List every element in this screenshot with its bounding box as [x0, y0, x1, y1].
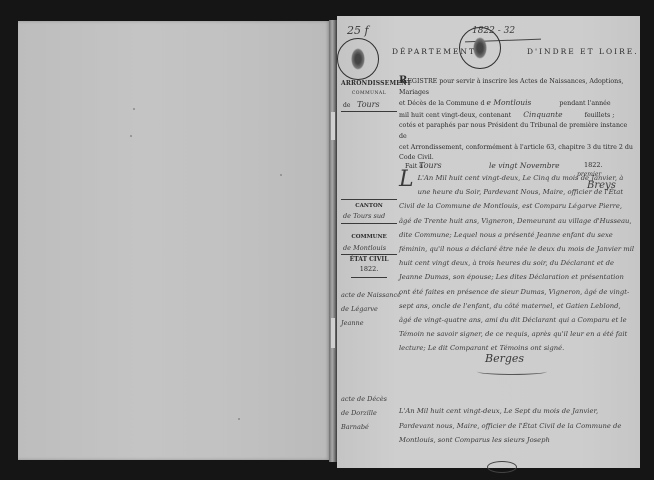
- act1-text: LL'An Mil huit cent vingt-deux, Le Cinq …: [399, 171, 635, 356]
- departement-label: DÉPARTEMENT: [392, 47, 476, 56]
- canton-value: de Tours sud: [343, 212, 385, 220]
- fait-place: Tours: [419, 161, 442, 170]
- seal-stamp-icon: [337, 38, 379, 80]
- register-preamble: REGISTRE pour servir à inscrire les Acte…: [399, 76, 635, 164]
- margin-rule: [341, 199, 397, 200]
- preamble-line: feuillets ;: [585, 112, 615, 119]
- act2-text: L'An Mil huit cent vingt-deux, Le Sept d…: [399, 404, 635, 448]
- communal-label: COMMUNAL: [341, 91, 397, 96]
- margin-note-line: de Légarve: [341, 305, 378, 313]
- signature-flourish: [477, 368, 547, 375]
- de-label: de: [343, 102, 350, 109]
- fait-date: le vingt Novembre: [489, 161, 560, 170]
- paper-speck: [133, 108, 135, 110]
- paper-speck: [280, 174, 282, 176]
- canton-label: CANTON: [341, 203, 397, 209]
- book-spine: [329, 20, 337, 462]
- folio-number: 25 f: [347, 24, 369, 37]
- right-page-register: 25 f 1822 - 32 DÉPARTEMENT D'INDRE ET LO…: [337, 16, 640, 468]
- fait-year: 1822.: [584, 161, 603, 169]
- preamble-line: EGISTRE pour servir à inscrire les Actes…: [399, 78, 623, 96]
- left-page-blank: [18, 21, 330, 460]
- act1-dropcap: L: [399, 171, 414, 189]
- commune-fill: e Montlouis: [487, 98, 532, 107]
- commune-value: de Montlouis: [343, 244, 386, 252]
- paper-speck: [130, 135, 132, 137]
- binding-thread: [331, 318, 335, 348]
- preamble-line: mil huit cent vingt-deux, contenant: [399, 112, 511, 119]
- document-viewer: 25 f 1822 - 32 DÉPARTEMENT D'INDRE ET LO…: [0, 0, 654, 480]
- margin-note-line: Jeanne: [341, 319, 364, 327]
- margin-rule: [341, 111, 397, 112]
- preamble-line: cet Arrondissement, conformément à l'art…: [399, 144, 633, 151]
- arrondissement-value: Tours: [357, 100, 380, 109]
- margin-rule: [341, 223, 397, 224]
- preamble-line: et Décès de la Commune d: [399, 100, 484, 107]
- etat-civil-label: ÉTAT CIVIL: [341, 256, 397, 263]
- act2-margin-note: acte de Décès de Dorzille Barnabé: [341, 392, 387, 434]
- arrondissement-label: ARRONDISSEMENT: [341, 80, 397, 87]
- margin-note-line: acte de Décès: [341, 395, 387, 403]
- mayor-signature: Berges: [485, 352, 524, 365]
- margin-note-line: de Dorzille: [341, 409, 377, 417]
- binding-thread: [331, 112, 335, 140]
- feuillets-fill: Cinquante: [523, 110, 562, 119]
- act1-body: L'An Mil huit cent vingt-deux, Le Cinq d…: [399, 174, 634, 352]
- preamble-line: pendant l'année: [559, 100, 610, 107]
- paraph-flourish: [487, 461, 517, 473]
- etat-civil-year: 1822.: [341, 265, 397, 273]
- commune-label: COMMUNE: [341, 234, 397, 240]
- margin-note-line: Barnabé: [341, 423, 369, 431]
- paper-speck: [238, 418, 240, 420]
- margin-flourish: [351, 277, 387, 278]
- departement-value: D'INDRE ET LOIRE.: [527, 47, 639, 56]
- preamble-line: cotés et paraphés par nous Président du …: [399, 122, 627, 140]
- margin-note-line: acte de Naissance: [341, 291, 401, 299]
- act1-margin-note: acte de Naissance de Légarve Jeanne: [341, 288, 401, 330]
- margin-rule: [341, 254, 397, 255]
